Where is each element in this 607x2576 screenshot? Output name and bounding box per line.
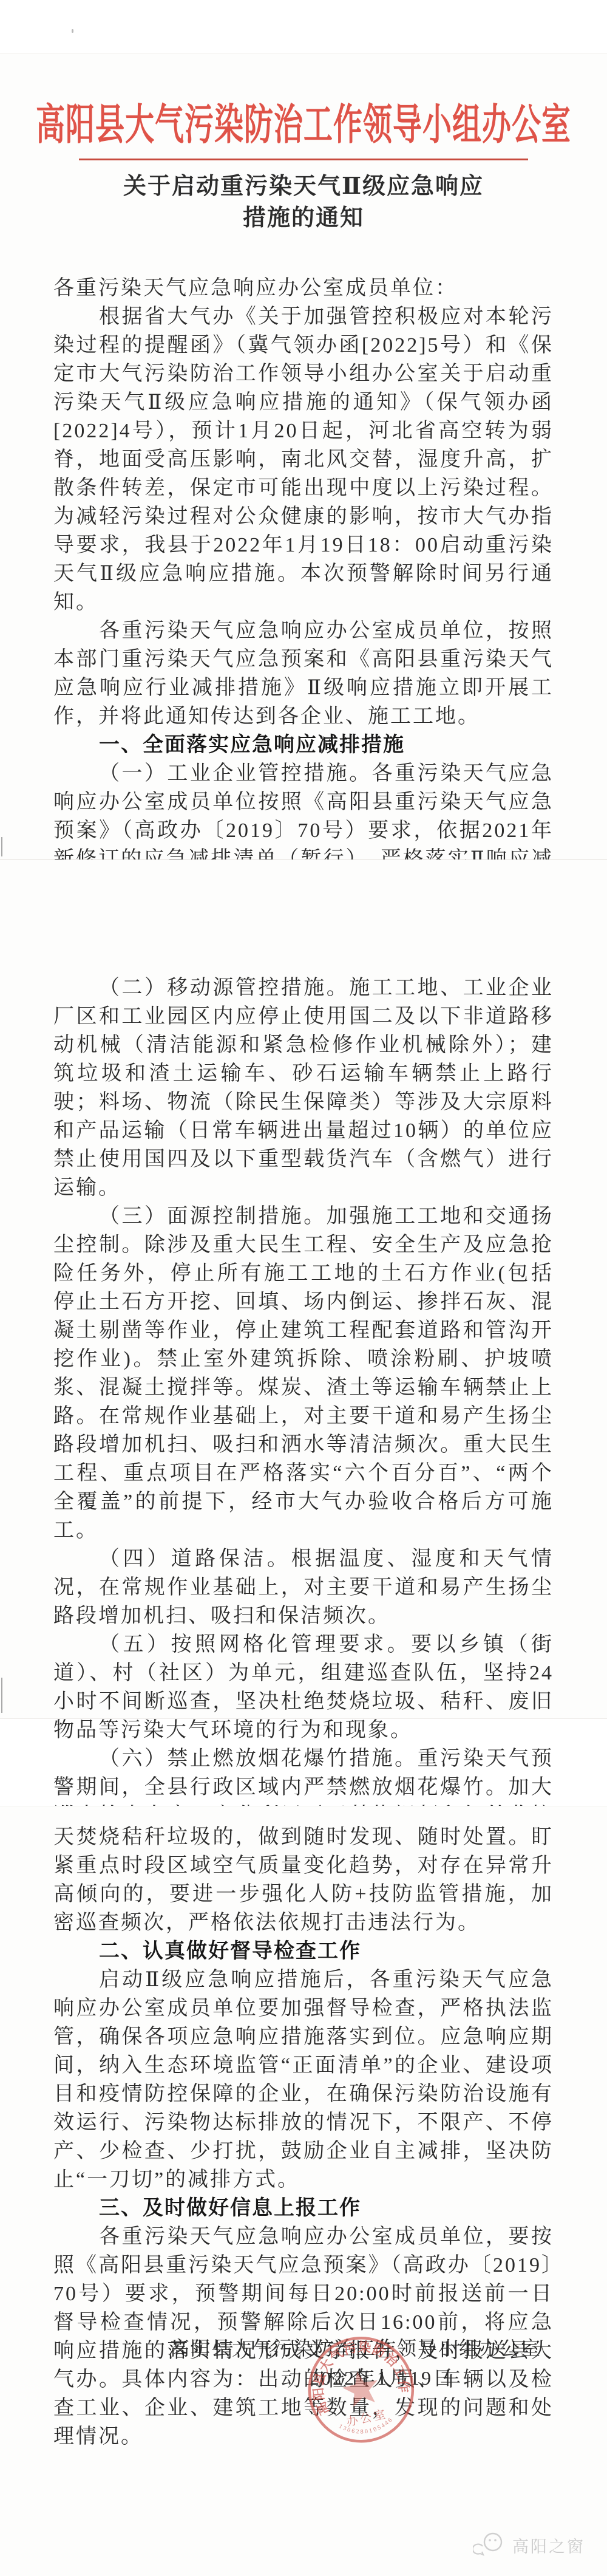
salutation: 各重污染天气应急响应办公室成员单位： <box>53 274 554 302</box>
measure-item-5: （五）按照网格化管理要求。要以乡镇（街道）、村（社区）为单元，组建巡查队伍，坚持… <box>53 1630 554 1744</box>
header-divider-line <box>79 159 528 160</box>
wechat-icon <box>473 2532 507 2558</box>
scan-edge-artifact <box>1 837 2 856</box>
source-watermark: 高阳之窗 <box>473 2530 585 2560</box>
measure-item-3: （三）面源控制措施。加强施工工地和交通扬尘控制。除涉及重大民生工程、安全生产及应… <box>53 1202 554 1545</box>
scan-speck <box>72 29 73 33</box>
document-title-line1: 关于启动重污染天气Ⅱ级应急响应 <box>0 171 607 202</box>
page2-body: （二）移动源管控措施。施工工地、工业企业厂区和工业园区内应停止使用国二及以下非道… <box>53 974 554 1859</box>
section-heading-1: 一、全面落实应急响应减排措施 <box>53 731 554 759</box>
section-heading-2: 二、认真做好督导检查工作 <box>53 1937 554 1966</box>
scan-edge-artifact <box>1 1678 2 1713</box>
document-title: 关于启动重污染天气Ⅱ级应急响应 措施的通知 <box>0 171 607 234</box>
scanned-page-1: 高阳县大气污染防治工作领导小组办公室 关于启动重污染天气Ⅱ级应急响应 措施的通知… <box>0 53 607 859</box>
page1-body: 各重污染天气应急响应办公室成员单位： 根据省大气办《关于加强管控积极应对本轮污染… <box>53 274 554 931</box>
signature-date: 2022年1月19日 <box>0 2363 607 2393</box>
section-heading-3: 三、及时做好信息上报工作 <box>53 2194 554 2222</box>
measure-item-4: （四）道路保洁。根据温度、湿度和天气情况，在常规作业基础上，对主要干道和易产生扬… <box>53 1545 554 1630</box>
scanned-page-3: 天焚烧秸秆垃圾的，做到随时发现、随时处置。盯紧重点时段区域空气质量变化趋势，对存… <box>0 1806 607 2576</box>
paragraph-deploy: 各重污染天气应急响应办公室成员单位，按照本部门重污染天气应急预案和《高阳县重污染… <box>53 617 554 731</box>
paragraph-basis: 根据省大气办《关于加强管控积极应对本轮污染过程的提醒函》（冀气领办函[2022]… <box>53 302 554 617</box>
measure-item-6-part2: 天焚烧秸秆垃圾的，做到随时发现、随时处置。盯紧重点时段区域空气质量变化趋势，对存… <box>53 1823 554 1937</box>
watermark-label: 高阳之窗 <box>512 2533 585 2557</box>
signature-block: 高阳县大气污染防治工作领导小组办公室 2022年1月19日 <box>0 2334 607 2393</box>
scanned-notice-document: 高阳县大气污染防治工作领导小组办公室 关于启动重污染天气Ⅱ级应急响应 措施的通知… <box>0 0 607 2576</box>
document-title-line2: 措施的通知 <box>0 202 607 234</box>
document-header-org: 高阳县大气污染防治工作领导小组办公室 <box>0 91 607 151</box>
scanned-page-2: （二）移动源管控措施。施工工地、工业企业厂区和工业园区内应停止使用国二及以下非道… <box>0 859 607 1719</box>
paragraph-supervision: 启动Ⅱ级应急响应措施后，各重污染天气应急响应办公室成员单位要加强督导检查，严格执… <box>53 1966 554 2194</box>
signature-organization: 高阳县大气污染防治工作领导小组办公室 <box>0 2334 607 2363</box>
measure-item-2: （二）移动源管控措施。施工工地、工业企业厂区和工业园区内应停止使用国二及以下非道… <box>53 974 554 1202</box>
